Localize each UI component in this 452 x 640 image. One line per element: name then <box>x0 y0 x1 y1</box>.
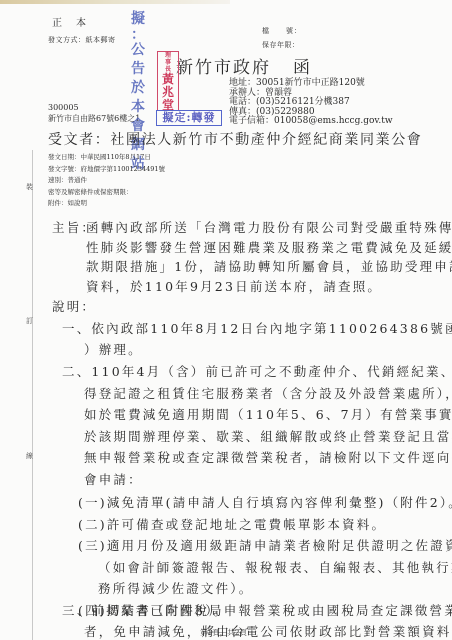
binding-line <box>32 150 33 640</box>
subitem-3: (三)適用月份及適用級距請申請業者檢附足供證明之佐證資料 <box>78 535 452 557</box>
approval-stamp: 擬定:轉發 <box>156 110 222 126</box>
blue-stamp-vertical: 擬 ： 公 告 於 本 會 網 站 <box>130 10 146 174</box>
issue-date: 發文日期：中華民國110年8月17日 <box>48 152 165 164</box>
explanation-item-1: 一、依內政部110年8月12日台內地字第1100264386號函（附件1 ）辦理… <box>62 318 452 360</box>
postal-code: 300005 <box>48 103 79 112</box>
attachment: 附件：如說明 <box>48 198 165 210</box>
binding-mark: 裝 <box>26 182 33 192</box>
scan-edge <box>0 0 230 4</box>
recipient-address: 新竹市自由路67號6樓之1 <box>48 113 140 124</box>
subitem-2: (二)許可備查或登記地址之電費帳單影本資料。 <box>78 514 452 536</box>
secrecy: 密等及解密條件或保密期限： <box>48 187 165 199</box>
retention-label: 保存年限： <box>262 40 300 50</box>
subject-text: 函轉內政部所送「台灣電力股份有限公司對受嚴重特殊傳染 性肺炎影響發生營運困難農業… <box>86 218 452 296</box>
delivery-method: 發文方式：紙本郵寄 <box>48 35 116 45</box>
issuer-name: 新竹市政府 <box>176 58 271 78</box>
contact-block: 地址：30051新竹市中正路120號 承辦人：曾韻蓉 電話：(03)521612… <box>229 79 393 127</box>
recipient: 受文者：社團法人新竹市不動產仲介經紀商業同業公會 <box>48 129 422 149</box>
meta-block: 發文日期：中華民國110年8月17日 發文字號：府地價字第11001234491… <box>48 152 165 210</box>
contact-email: 電子信箱：010058@ems.hccg.gov.tw <box>229 117 393 127</box>
issuer-title: 新竹市政府函 <box>176 53 312 78</box>
page-footer: 第1頁，共2頁 <box>200 627 247 638</box>
doc-type: 函 <box>293 58 312 78</box>
file-no-label: 檔 號： <box>262 26 302 36</box>
issue-number: 發文字號：府地價字第11001234491號 <box>48 164 165 176</box>
binding-mark: 線 <box>26 451 33 461</box>
binding-mark: 訂 <box>26 316 33 326</box>
speed: 速別：普通件 <box>48 175 165 187</box>
explanation-item-2: 二、110年4月（含）前已許可之不動產仲介、代銷經紀業、已領 得登記證之租賃住宅… <box>62 361 452 490</box>
copy-label: 正 本 <box>52 14 88 29</box>
explanation-label: 說明： <box>52 297 96 315</box>
explanation-item-3: 三、前揭業者已向國稅局申報營業稅或由國稅局查定課徵營業稅 者，免申請減免，將由台… <box>62 600 452 640</box>
chairman-seal: 理 事 長 黃 兆 堂 <box>157 51 179 111</box>
subitem-1: (一)減免清單(請申請人自行填寫內容俾利彙整)（附件2）。 <box>78 492 452 514</box>
